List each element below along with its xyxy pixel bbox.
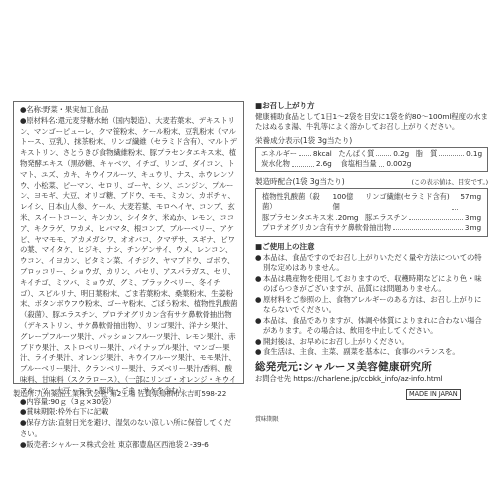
contact-url: お問合せ先 https://charlene.jp/ccbkk_info/az-… — [255, 374, 488, 385]
caution-item: ●食生活は、主食、主菜、副菜を基本に、食事のバランスを。 — [255, 347, 488, 358]
manufacturer: 製造所:九州薬品工業株式会社 第2工場 佐賀県鳥栖市永吉町598-22 — [13, 389, 226, 399]
right-column: ■お召し上がり方 健康補助食品として1日1～2袋を目安に1袋を約80～100ml… — [255, 101, 488, 425]
nutrition-row: エネルギー8kcal たんぱく質0.2g 脂 質0.1g — [261, 149, 482, 159]
distributor: 総発売元:シャルーヌ美容健康研究所 — [255, 362, 488, 373]
nutrition-cell: 脂 質0.1g — [416, 149, 482, 159]
seller: ●販売者:シャルーヌ株式会社 東京都豊島区西池袋２-39-6 — [20, 440, 238, 451]
caution-item: ●本品は、食品ですのでお召し上がりいただく量や方法についての特別な定めはありませ… — [255, 253, 488, 274]
raw-materials: ●原材料名:還元麦芽糖水飴（国内製造）、大麦若葉末、デキストリン、マンゴーピュー… — [20, 116, 238, 397]
caution-item: ●本品は農産物を使用しておりますので、収穫時期などにより色・味のばらつきがござい… — [255, 274, 488, 295]
how-to-take-title: ■お召し上がり方 — [255, 101, 488, 112]
ingredients-box: ●名称:野菜・果実加工食品 ●原材料名:還元麦芽糖水飴（国内製造）、大麦若葉末、… — [13, 101, 244, 384]
caution-item: ●開封後は、お早めにお召し上がりください。 — [255, 337, 488, 348]
best-before: ●賞味期限:枠外右下に記載 — [20, 407, 238, 418]
formulation-row: プロテオグリカン含有サケ鼻軟骨抽出物3mg — [262, 223, 481, 233]
product-name: ●名称:野菜・果実加工食品 — [20, 105, 238, 116]
nutrition-table: エネルギー8kcal たんぱく質0.2g 脂 質0.1g 炭水化物2.6g 食塩… — [255, 147, 488, 172]
formulation-row: 豚プラセンタエキス末20mg 豚エラスチン3mg — [262, 213, 481, 223]
storage-method: ●保存方法:直射日光を避け、湿気のない涼しい所に保管してください。 — [20, 418, 238, 440]
formulation-label: 製造時配合(1袋 3g当たり) — [255, 177, 345, 188]
nutrition-row: 炭水化物2.6g 食塩相当量0.002g — [261, 159, 482, 169]
nutrition-cell: エネルギー8kcal — [261, 149, 332, 159]
caution-item: ●本品は、食品でありますが、体調や体質によりまれに合わない場合があります。その場… — [255, 316, 488, 337]
caution-item: ●原材料をご参照の上、食物アレルギーのある方は、お召し上がりにならないでください… — [255, 295, 488, 316]
made-in-japan-badge: MADE IN JAPAN — [406, 389, 461, 400]
nutrition-cell: 食塩相当量0.002g — [341, 159, 412, 169]
nutrition-note: (この表示値は、目安です。) — [411, 177, 488, 188]
nutrition-label: 栄養成分表示(1袋 3g当たり) — [255, 136, 488, 147]
formulation-table: 植物性乳酸菌（殺菌）100億個 リンゴ繊維(セラミド含有)57mg 豚プラセンタ… — [255, 188, 488, 237]
how-to-take-text: 健康補助食品として1日1～2袋を目安に1袋を約80～100ml程度の水またはぬる… — [255, 112, 488, 133]
expiry-label: 賞味期限 — [255, 415, 488, 426]
formulation-row: 植物性乳酸菌（殺菌）100億個 リンゴ繊維(セラミド含有)57mg — [262, 192, 481, 213]
cautions-title: ■ご使用上の注意 — [255, 242, 488, 253]
nutrition-cell: たんぱく質0.2g — [338, 149, 409, 159]
nutrition-cell: 炭水化物2.6g — [261, 159, 332, 169]
